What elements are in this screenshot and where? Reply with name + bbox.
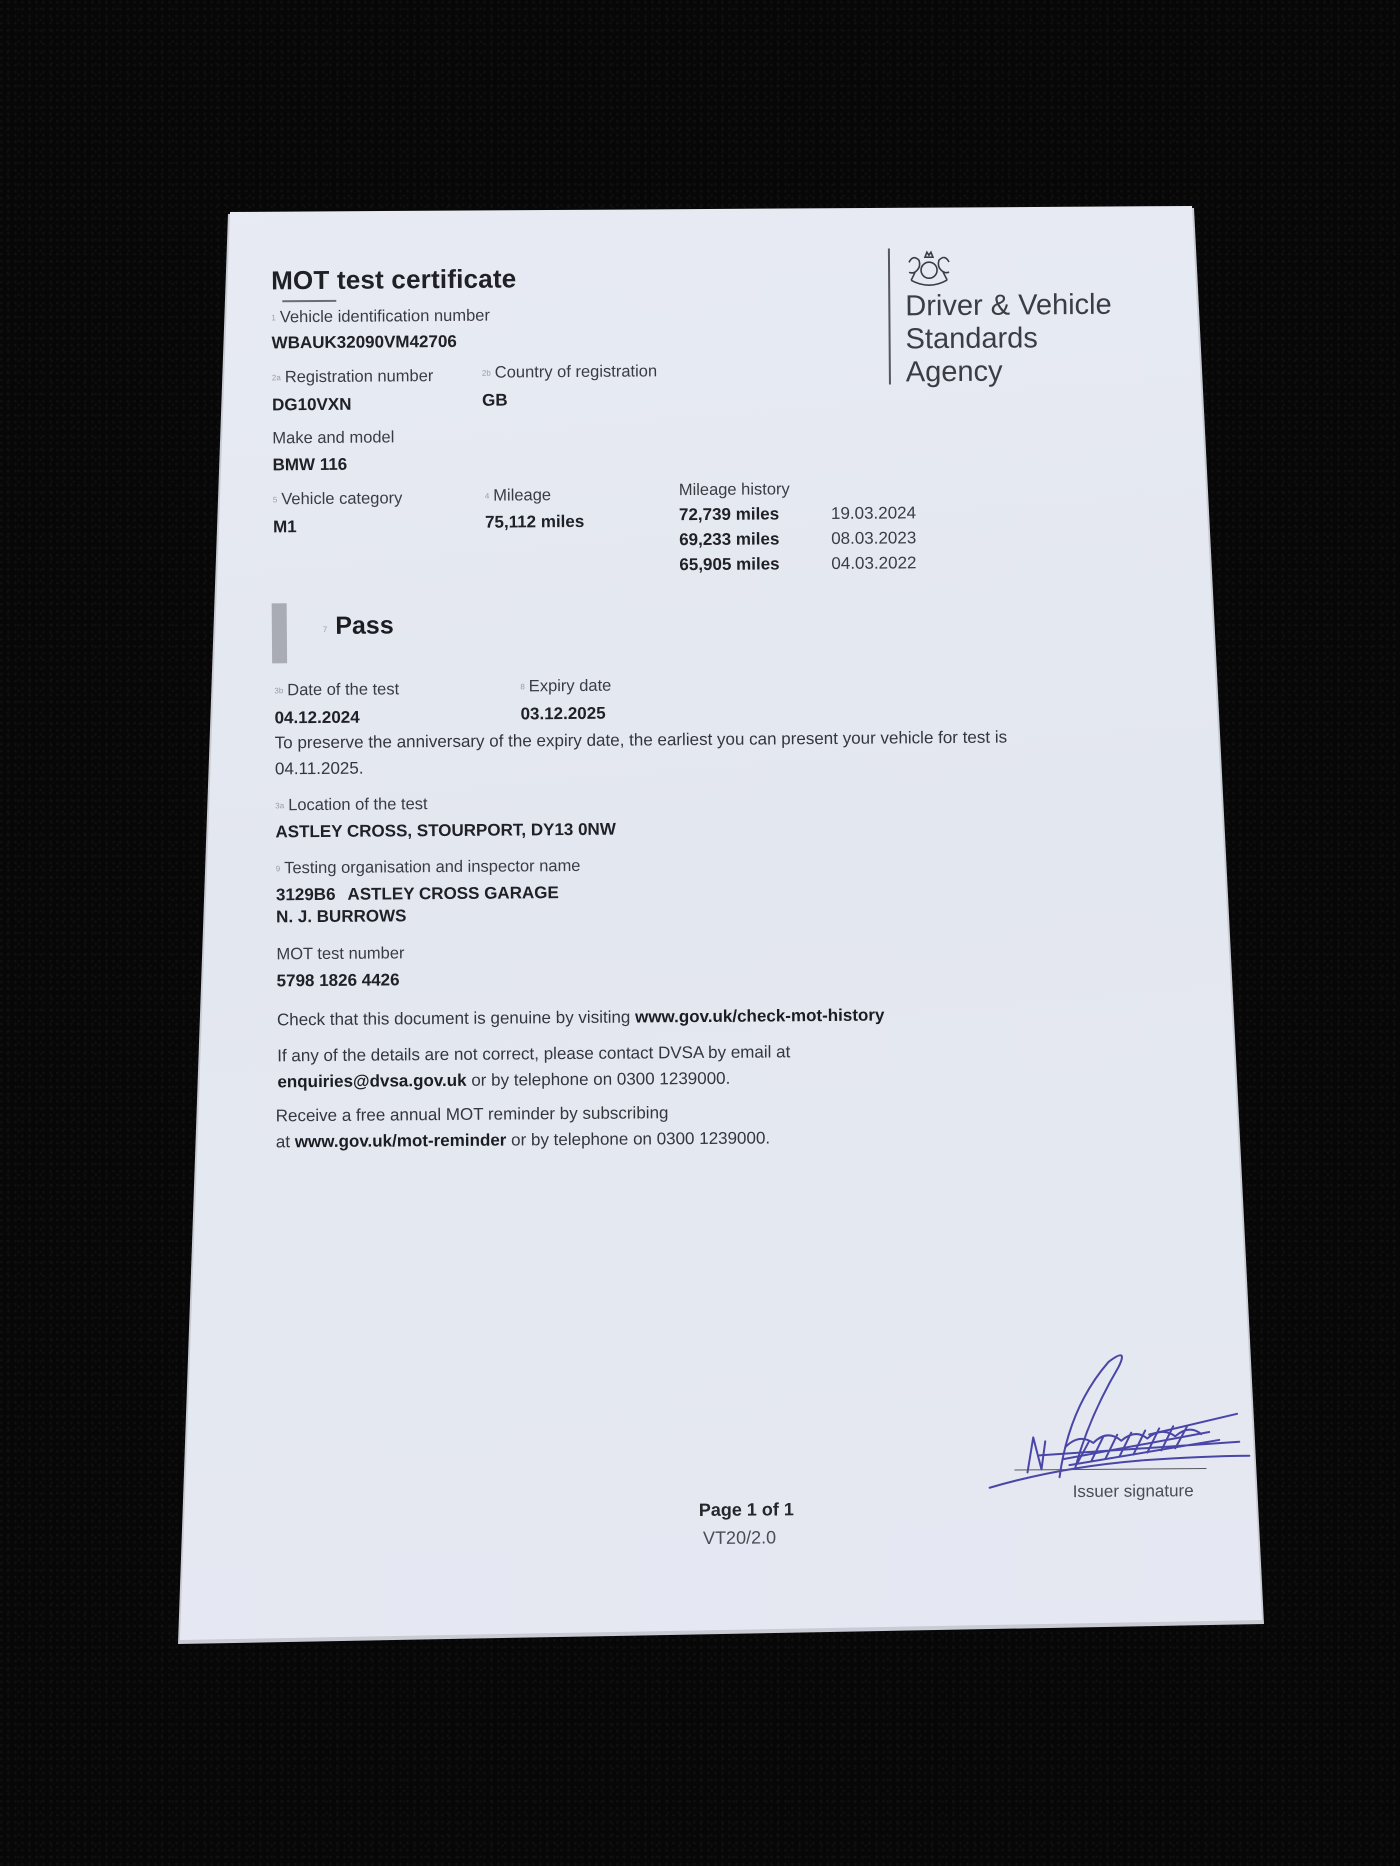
mileage-label: 4Mileage <box>485 486 551 506</box>
test-number-label: MOT test number <box>276 944 404 964</box>
issuer-name-line: Standards <box>905 322 1112 357</box>
country-value: GB <box>482 390 508 410</box>
location-label-text: Location of the test <box>288 795 428 814</box>
registration-value: DG10VXN <box>272 395 352 416</box>
issuer-name-line: Driver & Vehicle <box>905 289 1112 324</box>
result-value: Pass <box>335 611 394 639</box>
expiry-date-value: 03.12.2025 <box>520 704 605 725</box>
country-label: 2bCountry of registration <box>482 362 657 382</box>
field-number: 2b <box>482 369 491 378</box>
reminder-notice: Receive a free annual MOT reminder by su… <box>276 1099 771 1155</box>
document-title: MOT test certificate <box>271 263 517 296</box>
contact-email-link[interactable]: enquiries@dvsa.gov.uk <box>277 1071 466 1091</box>
mileage-label-text: Mileage <box>493 486 551 504</box>
contact-notice-line: If any of the details are not correct, p… <box>277 1039 790 1069</box>
field-number: 8 <box>520 683 525 692</box>
organisation-label: 9Testing organisation and inspector name <box>276 857 581 878</box>
mot-reminder-link[interactable]: www.gov.uk/mot-reminder <box>295 1131 507 1152</box>
certificate-content: MOT test certificate Driver & Vehicle St… <box>0 0 1400 1866</box>
mileage-history-entry: 72,739 miles 19.03.2024 <box>679 503 916 530</box>
genuine-notice-text: Check that this document is genuine by v… <box>277 1008 635 1030</box>
genuine-notice: Check that this document is genuine by v… <box>277 1003 885 1034</box>
field-number: 3b <box>274 686 283 695</box>
result-indicator-bar <box>272 603 287 663</box>
history-date: 19.03.2024 <box>831 503 916 529</box>
field-number: 1 <box>271 313 276 322</box>
location-label: 3aLocation of the test <box>275 795 427 815</box>
page-indicator: Page 1 of 1 <box>699 1499 794 1521</box>
form-code: VT20/2.0 <box>703 1527 776 1549</box>
history-date: 08.03.2023 <box>831 528 916 554</box>
result: 7Pass <box>323 611 394 641</box>
organisation-label-text: Testing organisation and inspector name <box>284 857 580 877</box>
contact-notice: If any of the details are not correct, p… <box>277 1039 791 1095</box>
garage-name: ASTLEY CROSS GARAGE <box>347 883 558 904</box>
field-number: 4 <box>485 492 490 501</box>
registration-label-text: Registration number <box>285 367 434 386</box>
reminder-phone-text: or by telephone on 0300 1239000. <box>506 1128 770 1149</box>
contact-phone-text: or by telephone on 0300 1239000. <box>466 1069 730 1090</box>
test-date-label-text: Date of the test <box>287 680 399 699</box>
issuer-name-line: Agency <box>906 355 1113 390</box>
category-label-text: Vehicle category <box>281 489 402 508</box>
history-miles: 65,905 miles <box>679 554 831 580</box>
field-number: 3a <box>275 801 284 810</box>
location-value: ASTLEY CROSS, STOURPORT, DY13 0NW <box>275 820 616 843</box>
mileage-history-entry: 65,905 miles 04.03.2022 <box>679 553 916 580</box>
make-model-label: Make and model <box>272 428 394 448</box>
reminder-notice-line: at www.gov.uk/mot-reminder or by telepho… <box>276 1125 770 1155</box>
category-value: M1 <box>273 517 297 537</box>
registration-label: 2aRegistration number <box>272 367 434 387</box>
expiry-date-label-text: Expiry date <box>529 677 612 696</box>
issuer-name: Driver & Vehicle Standards Agency <box>905 289 1112 390</box>
history-miles: 69,233 miles <box>679 529 831 555</box>
anniversary-note: To preserve the anniversary of the expir… <box>275 725 1008 783</box>
inspector-name: N. J. BURROWS <box>276 906 406 927</box>
vin-label: 1Vehicle identification number <box>271 307 490 328</box>
royal-coat-of-arms-icon <box>903 248 955 288</box>
vin-value: WBAUK32090VM42706 <box>272 332 457 353</box>
test-number-value: 5798 1826 4426 <box>277 970 400 991</box>
vin-label-text: Vehicle identification number <box>280 307 490 327</box>
field-number: 7 <box>323 625 328 634</box>
field-number: 2a <box>272 373 281 382</box>
reminder-notice-line: Receive a free annual MOT reminder by su… <box>276 1099 770 1129</box>
reminder-prefix: at <box>276 1132 295 1151</box>
field-number: 5 <box>273 495 278 504</box>
test-date-value: 04.12.2024 <box>274 708 359 729</box>
organisation-value: 3129B6ASTLEY CROSS GARAGE <box>276 883 559 905</box>
mileage-history-list: 72,739 miles 19.03.2024 69,233 miles 08.… <box>679 503 917 580</box>
category-label: 5Vehicle category <box>273 489 403 509</box>
mileage-history-label: Mileage history <box>679 480 790 500</box>
title-underline <box>282 300 336 302</box>
site-id: 3129B6 <box>276 885 336 904</box>
signature-label: Issuer signature <box>1073 1481 1194 1502</box>
field-number: 9 <box>276 864 281 873</box>
expiry-date-label: 8Expiry date <box>520 677 611 697</box>
logo-divider <box>888 248 891 384</box>
country-label-text: Country of registration <box>495 362 657 381</box>
history-date: 04.03.2022 <box>831 553 916 579</box>
test-date-label: 3bDate of the test <box>274 680 399 700</box>
history-miles: 72,739 miles <box>679 504 831 530</box>
make-model-value: BMW 116 <box>272 455 347 476</box>
contact-notice-line: enquiries@dvsa.gov.uk or by telephone on… <box>277 1065 790 1095</box>
mileage-value: 75,112 miles <box>485 512 584 533</box>
issuer-signature <box>978 1336 1259 1498</box>
mileage-history-entry: 69,233 miles 08.03.2023 <box>679 528 916 555</box>
check-mot-history-link[interactable]: www.gov.uk/check-mot-history <box>635 1006 885 1027</box>
